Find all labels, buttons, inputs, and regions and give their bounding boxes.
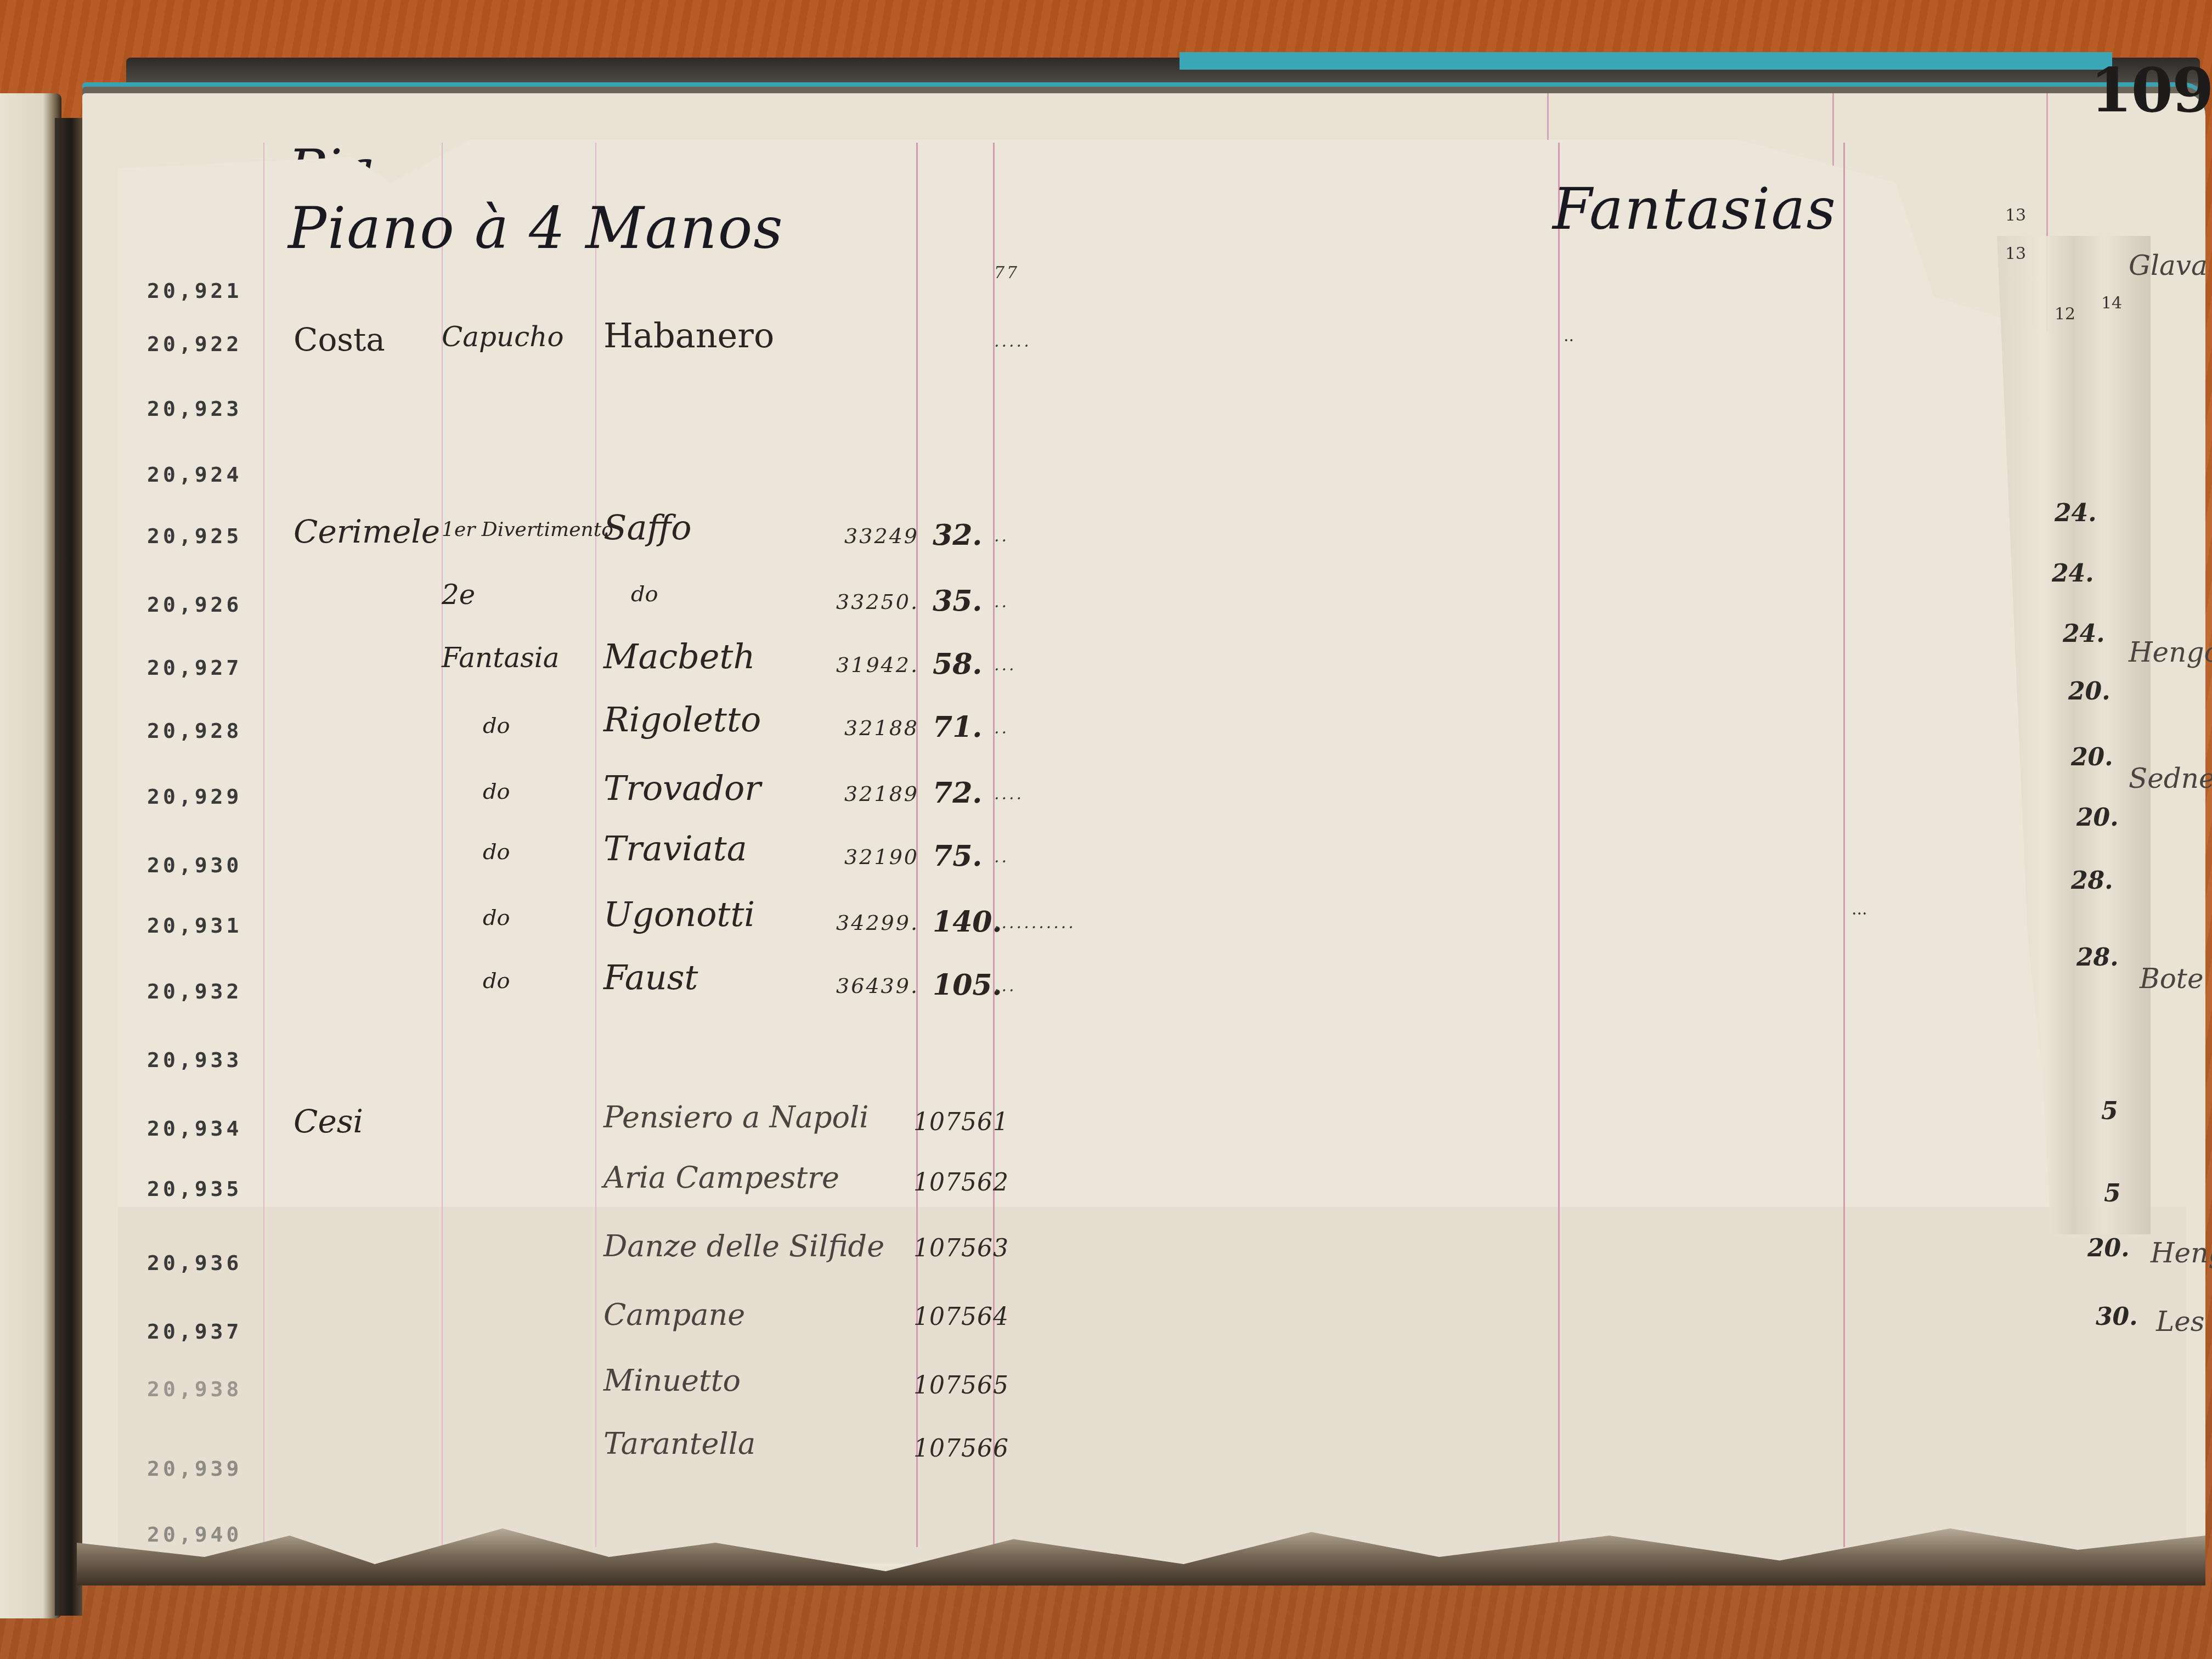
- plate-number: 107563: [913, 1234, 996, 1262]
- row-number: 20,931: [147, 913, 242, 938]
- side-value: 28.: [2071, 867, 2113, 895]
- page-count: 32.: [933, 518, 988, 552]
- row-mark: ...: [994, 656, 1017, 675]
- row-number: 20,936: [147, 1251, 242, 1275]
- side-value: 13: [2005, 206, 2026, 225]
- row-number: 20,934: [147, 1116, 242, 1141]
- page-count: 58.: [933, 647, 988, 681]
- plate-number: 107564: [913, 1303, 996, 1331]
- column-rule: [1558, 143, 1560, 1547]
- plate-number: 107565: [913, 1372, 996, 1400]
- section-heading-fantasias: Fantasias: [1553, 176, 1837, 242]
- composer: Costa: [294, 321, 385, 358]
- row-number: 20,938: [147, 1377, 242, 1401]
- form: Fantasia: [442, 642, 560, 674]
- column-rule: [263, 143, 264, 1547]
- title: Habanero: [603, 315, 774, 356]
- row-number: 20,933: [147, 1048, 242, 1072]
- row-number: 20,921: [147, 279, 242, 303]
- teal-cover-edge: [1180, 52, 2112, 70]
- page-count: 72.: [933, 776, 988, 810]
- side-value: 20.: [2076, 804, 2119, 832]
- side-word: Les: [2156, 1306, 2204, 1338]
- form: 1er Divertimento: [442, 518, 613, 541]
- fantasias-mark: ..: [1564, 326, 1574, 346]
- column-rule: [1843, 143, 1845, 1547]
- page-number: 109: [2090, 55, 2212, 126]
- previous-page-edge: [0, 93, 61, 1618]
- ditto-mark: do: [631, 582, 658, 607]
- side-value: 13: [2005, 244, 2026, 263]
- side-value: 12: [2055, 304, 2075, 324]
- side-value: 14: [2101, 294, 2122, 313]
- title: Rigoletto: [603, 699, 761, 740]
- row-mark: ..: [994, 592, 1009, 612]
- title: Traviata: [603, 828, 747, 868]
- title: Macbeth: [603, 636, 755, 676]
- side-value: 20.: [2068, 678, 2111, 706]
- side-value: 24.: [2055, 499, 2097, 527]
- ditto-mark: do: [483, 713, 510, 738]
- row-number: 20,939: [147, 1457, 242, 1481]
- row-mark: .....: [994, 332, 1031, 351]
- plate-number: 33249: [828, 524, 919, 548]
- plate-number: 34299.: [828, 911, 919, 935]
- title: Trovador: [603, 768, 761, 808]
- title: Pensiero a Napoli: [603, 1100, 869, 1135]
- column-rule: [442, 143, 443, 1547]
- page-count: 105.: [933, 968, 988, 1002]
- side-value: 5: [2101, 1097, 2118, 1125]
- row-number: 20,932: [147, 979, 242, 1003]
- composer: Cesi: [294, 1103, 363, 1140]
- side-value: 20.: [2087, 1234, 2130, 1262]
- plate-number: 33250.: [828, 590, 919, 614]
- row-number: 20,935: [147, 1177, 242, 1201]
- row-number: 20,925: [147, 524, 242, 548]
- title: Aria Campestre: [603, 1160, 839, 1195]
- side-value: 24.: [2063, 620, 2105, 648]
- plate-number: 31942.: [828, 653, 919, 677]
- fantasias-mark: ...: [1852, 900, 1867, 919]
- row-mark: 77: [994, 263, 1019, 283]
- page-count: 71.: [933, 710, 988, 744]
- title: Tarantella: [603, 1426, 755, 1461]
- row-number: 20,922: [147, 332, 242, 356]
- ditto-mark: do: [483, 968, 510, 994]
- row-number: 20,926: [147, 592, 242, 617]
- composer: Cerimele: [294, 513, 440, 550]
- row-number: 20,937: [147, 1319, 242, 1344]
- side-word: Hengo: [2129, 636, 2212, 668]
- side-value: 5: [2104, 1180, 2121, 1207]
- plate-number: 107566: [913, 1435, 996, 1463]
- inserted-sheet-lower: [118, 1207, 2186, 1564]
- row-number: 20,929: [147, 785, 242, 809]
- form: 2e: [442, 579, 475, 611]
- plate-number: 107561: [913, 1108, 996, 1136]
- row-number: 20,930: [147, 853, 242, 877]
- side-word: Sedne: [2129, 763, 2212, 794]
- page-count: 35.: [933, 584, 988, 618]
- row-number: 20,923: [147, 397, 242, 421]
- plate-number: 32188: [828, 716, 919, 740]
- row-mark: ..: [994, 719, 1009, 738]
- plate-number: 32189: [828, 782, 919, 806]
- row-mark: ..: [994, 848, 1009, 867]
- side-value: 28.: [2076, 944, 2119, 972]
- side-value: 20.: [2071, 743, 2113, 771]
- row-mark: ...........: [994, 913, 1076, 933]
- column-rule: [993, 143, 995, 1547]
- ditto-mark: do: [483, 779, 510, 804]
- form: Capucho: [442, 321, 564, 353]
- plate-number: 32190: [828, 845, 919, 869]
- row-number: 20,924: [147, 462, 242, 487]
- title: Ugonotti: [603, 894, 755, 934]
- side-word: Glava: [2129, 250, 2208, 281]
- title: Campane: [603, 1297, 745, 1332]
- title: Faust: [603, 957, 698, 997]
- side-value: 30.: [2096, 1303, 2138, 1331]
- title: Danze delle Silfide: [603, 1229, 884, 1263]
- ditto-mark: do: [483, 839, 510, 865]
- book-binding: [55, 118, 82, 1616]
- row-number: 20,928: [147, 719, 242, 743]
- row-number: 20,927: [147, 656, 242, 680]
- side-value: 24.: [2052, 560, 2094, 588]
- row-mark: ..: [994, 527, 1009, 546]
- title: Minuetto: [603, 1363, 741, 1398]
- side-word: Heng: [2151, 1237, 2212, 1269]
- row-mark: ....: [994, 785, 1024, 804]
- row-number: 20,940: [147, 1522, 242, 1547]
- title: Saffo: [603, 507, 692, 548]
- side-word: Bote: [2140, 963, 2204, 995]
- plate-number: 36439.: [828, 974, 919, 998]
- ditto-mark: do: [483, 905, 510, 930]
- plate-number: 107562: [913, 1169, 996, 1197]
- row-mark: ...: [994, 977, 1017, 996]
- column-rule: [595, 143, 596, 1547]
- page-count: 75.: [933, 839, 988, 873]
- page-count: 140.: [933, 905, 988, 939]
- section-heading-piano-four-hands: Piano à 4 Manos: [288, 195, 784, 262]
